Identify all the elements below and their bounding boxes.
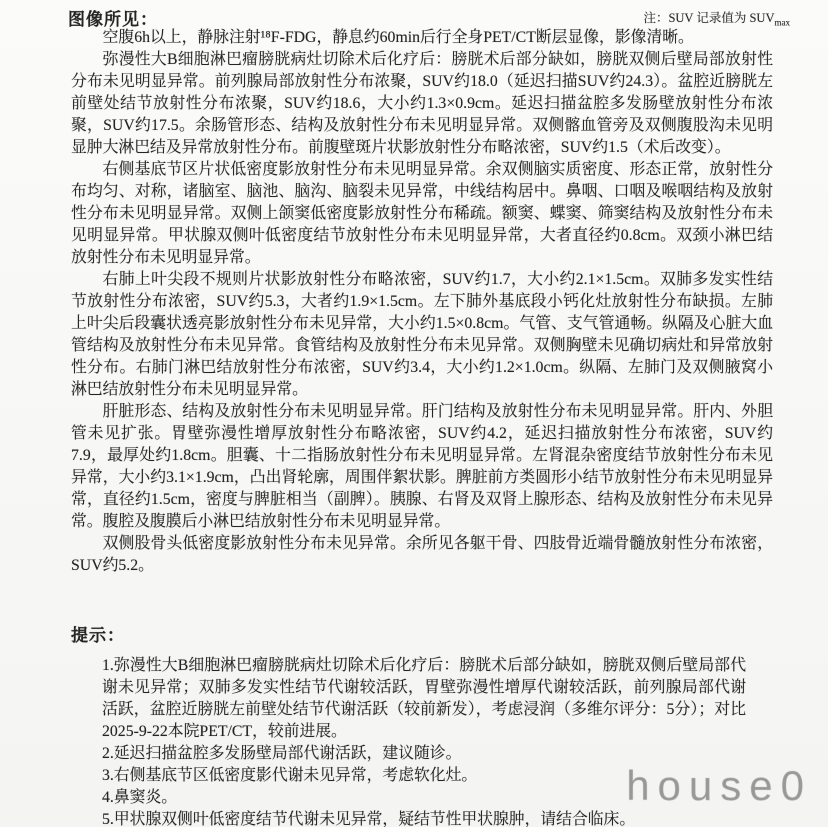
findings-paragraph: 右肺上叶尖段不规则片状影放射性分布略浓密，SUV约1.7，大小约2.1×1.5c… <box>71 269 773 401</box>
impression-section: 提示： 1.弥漫性大B细胞淋巴瘤膀胱病灶切除术后化疗后：膀胱术后部分缺如，膀胱双… <box>71 621 773 827</box>
findings-paragraphs: 空腹6h以上，静脉注射¹⁸F-FDG，静息约60min后行全身PET/CT断层显… <box>71 27 773 577</box>
pet-ct-report-page: 图像所见： 注：SUV 记录值为 SUVmax 空腹6h以上，静脉注射¹⁸F-F… <box>0 0 828 827</box>
impression-item: 3.右侧基底节区低密度影代谢未见异常，考虑软化灶。 <box>102 765 746 787</box>
findings-paragraph: 空腹6h以上，静脉注射¹⁸F-FDG，静息约60min后行全身PET/CT断层显… <box>71 27 773 49</box>
findings-paragraph: 肝脏形态、结构及放射性分布未见明显异常。肝门结构及放射性分布未见明显异常。肝内、… <box>71 401 773 533</box>
impression-item: 4.鼻窦炎。 <box>102 787 746 809</box>
suv-note-text: 注：SUV 记录值为 SUV <box>643 11 774 25</box>
suv-note: 注：SUV 记录值为 SUVmax <box>643 5 790 26</box>
impression-section-heading: 提示： <box>71 621 773 646</box>
findings-paragraph: 右侧基底节区片状低密度影放射性分布未见明显异常。余双侧脑实质密度、形态正常，放射… <box>71 159 773 269</box>
findings-paragraph: 弥漫性大B细胞淋巴瘤膀胱病灶切除术后化疗后：膀胱术后部分缺如，膀胱双侧后壁局部放… <box>71 49 773 159</box>
findings-paragraph: 双侧股骨头低密度影放射性分布未见异常。余所见各躯干骨、四肢骨近端骨髓放射性分布浓… <box>71 533 773 577</box>
impression-item: 5.甲状腺双侧叶低密度结节代谢未见异常，疑结节性甲状腺肿，请结合临床。 <box>102 809 746 827</box>
impression-item: 2.延迟扫描盆腔多发肠壁局部代谢活跃，建议随诊。 <box>102 743 746 765</box>
impression-items: 1.弥漫性大B细胞淋巴瘤膀胱病灶切除术后化疗后：膀胱术后部分缺如，膀胱双侧后壁局… <box>71 655 773 827</box>
impression-item: 1.弥漫性大B细胞淋巴瘤膀胱病灶切除术后化疗后：膀胱术后部分缺如，膀胱双侧后壁局… <box>102 655 746 743</box>
suv-note-subscript: max <box>775 18 791 28</box>
